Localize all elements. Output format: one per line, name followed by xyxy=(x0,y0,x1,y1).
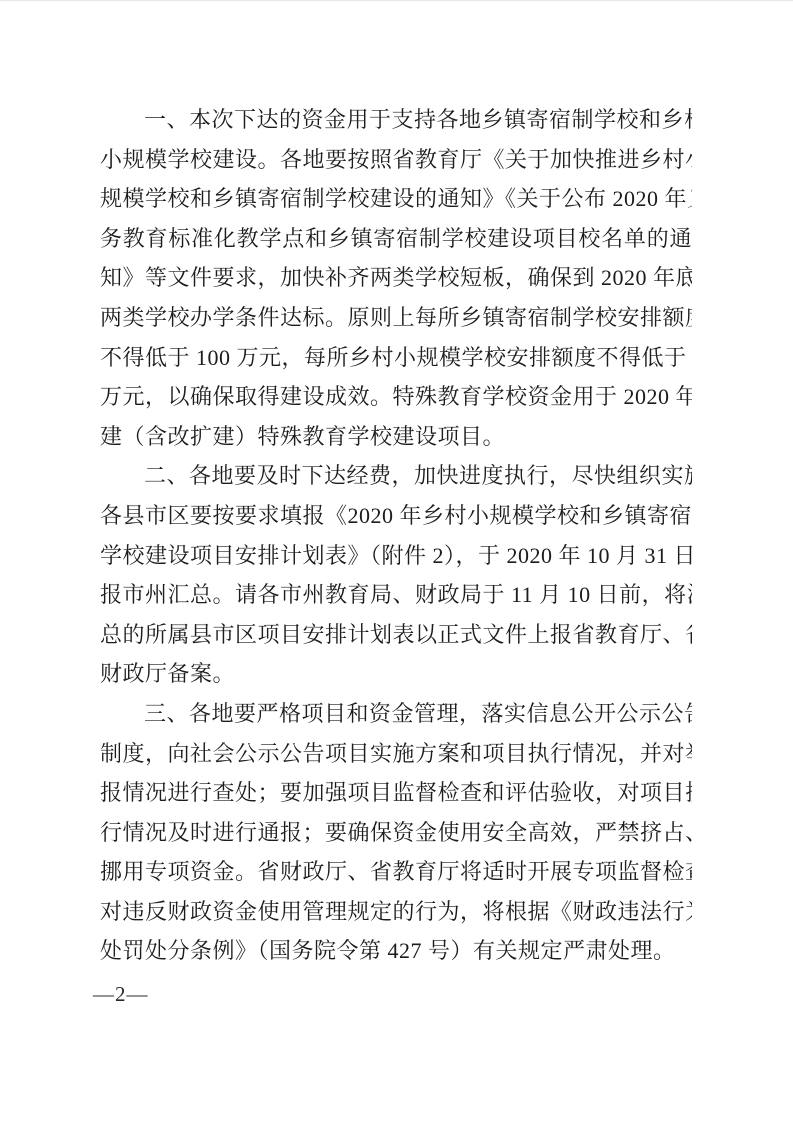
text-line: 挪用专项资金。省财政厅、省教育厅将适时开展专项监督检查， xyxy=(100,852,692,892)
text-line: 学校建设项目安排计划表》（附件 2），于 2020 年 10 月 31 日前 xyxy=(100,536,692,576)
paragraph-2: 二、各地要及时下达经费，加快进度执行，尽快组织实施。 各县市区要按要求填报《20… xyxy=(100,456,692,694)
text-line: 三、各地要严格项目和资金管理，落实信息公开公示公告 xyxy=(100,694,692,734)
text-line: 小规模学校建设。各地要按照省教育厅《关于加快推进乡村小 xyxy=(100,140,692,180)
text-line: 务教育标准化教学点和乡镇寄宿制学校建设项目校名单的通 xyxy=(100,219,692,259)
text-line: 总的所属县市区项目安排计划表以正式文件上报省教育厅、省 xyxy=(100,615,692,655)
text-line: 不得低于 100 万元，每所乡村小规模学校安排额度不得低于 20 xyxy=(100,338,692,378)
text-line: 报市州汇总。请各市州教育局、财政局于 11 月 10 日前，将汇 xyxy=(100,575,692,615)
document-body: 一、本次下达的资金用于支持各地乡镇寄宿制学校和乡村 小规模学校建设。各地要按照省… xyxy=(100,100,692,971)
text-line: 处罚处分条例》（国务院令第 427 号）有关规定严肃处理。 xyxy=(100,931,692,971)
text-line: 二、各地要及时下达经费，加快进度执行，尽快组织实施。 xyxy=(100,456,692,496)
text-line: 财政厅备案。 xyxy=(100,654,692,694)
text-line: 建（含改扩建）特殊教育学校建设项目。 xyxy=(100,417,692,457)
paragraph-3: 三、各地要严格项目和资金管理，落实信息公开公示公告 制度，向社会公示公告项目实施… xyxy=(100,694,692,971)
text-line: 两类学校办学条件达标。原则上每所乡镇寄宿制学校安排额度 xyxy=(100,298,692,338)
paragraph-1: 一、本次下达的资金用于支持各地乡镇寄宿制学校和乡村 小规模学校建设。各地要按照省… xyxy=(100,100,692,456)
text-line: 各县市区要按要求填报《2020 年乡村小规模学校和乡镇寄宿制 xyxy=(100,496,692,536)
document-page: 一、本次下达的资金用于支持各地乡镇寄宿制学校和乡村 小规模学校建设。各地要按照省… xyxy=(0,0,793,1122)
scan-artifact-line xyxy=(0,0,793,1)
text-line: 对违反财政资金使用管理规定的行为，将根据《财政违法行为 xyxy=(100,892,692,932)
text-line: 报情况进行查处；要加强项目监督检查和评估验收，对项目执 xyxy=(100,773,692,813)
text-line: 制度，向社会公示公告项目实施方案和项目执行情况，并对举 xyxy=(100,734,692,774)
text-line: 万元，以确保取得建设成效。特殊教育学校资金用于 2020 年新 xyxy=(100,377,692,417)
text-line: 知》等文件要求，加快补齐两类学校短板，确保到 2020 年底前 xyxy=(100,258,692,298)
text-line: 规模学校和乡镇寄宿制学校建设的通知》《关于公布 2020 年义 xyxy=(100,179,692,219)
text-line: 行情况及时进行通报；要确保资金使用安全高效，严禁挤占、 xyxy=(100,813,692,853)
text-line: 一、本次下达的资金用于支持各地乡镇寄宿制学校和乡村 xyxy=(100,100,692,140)
page-number: —2— xyxy=(93,982,149,1006)
